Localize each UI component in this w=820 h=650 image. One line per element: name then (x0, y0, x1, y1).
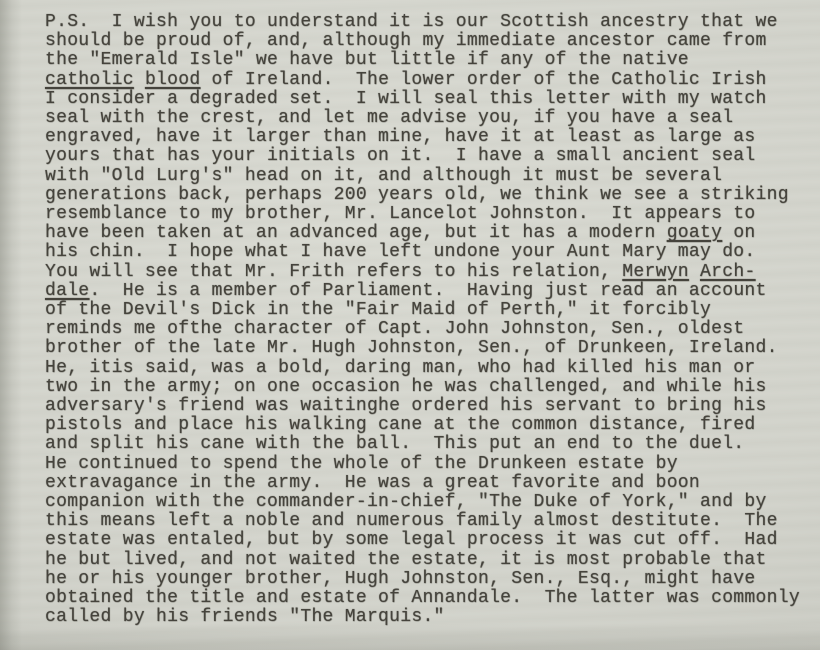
text-segment (689, 262, 700, 282)
text-line-7: engraved, have it larger than mine, have… (45, 128, 816, 147)
text-line-19: He, itis said, was a bold, daring man, w… (45, 359, 816, 378)
underlined-text: dale (45, 281, 89, 301)
text-line-24: He continued to spend the whole of the D… (45, 455, 816, 474)
text-segment: yours that has your initials on it. I ha… (45, 146, 756, 166)
text-segment: have been taken at an advanced age, but … (45, 223, 667, 243)
text-segment: resemblance to my brother, Mr. Lancelot … (45, 204, 756, 224)
text-segment: brother of the late Mr. Hugh Johnston, S… (45, 338, 778, 358)
text-line-31: obtained the title and estate of Annanda… (45, 589, 816, 608)
text-segment: of the Devil's Dick in the "Fair Maid of… (45, 300, 711, 320)
text-segment: He continued to spend the whole of the D… (45, 454, 678, 474)
text-line-26: companion with the commander-in-chief, "… (45, 493, 816, 512)
text-segment: two in the army; on one occasion he was … (45, 377, 767, 397)
text-segment: the "Emerald Isle" we have but little if… (45, 50, 689, 70)
text-segment: called by his friends "The Marquis." (45, 607, 445, 627)
text-line-30: he or his younger brother, Hugh Johnston… (45, 570, 816, 589)
text-line-5: I consider a degraded set. I will seal t… (45, 90, 816, 109)
text-segment: his chin. I hope what I have left undone… (45, 242, 756, 262)
text-segment: companion with the commander-in-chief, "… (45, 492, 767, 512)
underlined-text: catholic (45, 70, 134, 90)
text-line-22: pistols and place his walking cane at th… (45, 416, 816, 435)
text-segment: should be proud of, and, although my imm… (45, 31, 767, 51)
text-segment: obtained the title and estate of Annanda… (45, 588, 800, 608)
text-segment: adversary's friend was waitinghe ordered… (45, 396, 767, 416)
text-segment: I consider a degraded set. I will seal t… (45, 89, 767, 109)
text-line-21: adversary's friend was waitinghe ordered… (45, 397, 816, 416)
underlined-text: goaty (667, 223, 723, 243)
text-segment: on (722, 223, 755, 243)
text-line-9: with "Old Lurg's" head on it, and althou… (45, 167, 816, 186)
scan-edge-shadow-left (0, 0, 22, 650)
underlined-text: Merwyn (622, 262, 689, 282)
text-line-8: yours that has your initials on it. I ha… (45, 147, 816, 166)
text-segment: P.S. I wish you to understand it is our … (45, 12, 778, 32)
text-line-27: this means left a noble and numerous fam… (45, 512, 816, 531)
text-segment: he but lived, and not waited the estate,… (45, 550, 767, 570)
text-line-25: extravagance in the army. He was a great… (45, 474, 816, 493)
text-segment: reminds me ofthe character of Capt. John… (45, 319, 744, 339)
text-segment: he or his younger brother, Hugh Johnston… (45, 569, 756, 589)
text-segment: You will see that Mr. Frith refers to hi… (45, 262, 622, 282)
text-line-12: have been taken at an advanced age, but … (45, 224, 816, 243)
underlined-text: blood (145, 70, 201, 90)
text-line-4: catholic blood of Ireland. The lower ord… (45, 71, 816, 90)
text-segment: seal with the crest, and let me advise y… (45, 108, 733, 128)
text-line-15: dale. He is a member of Parliament. Havi… (45, 282, 816, 301)
text-line-1: P.S. I wish you to understand it is our … (45, 13, 816, 32)
text-segment: . He is a member of Parliament. Having j… (89, 281, 766, 301)
text-segment: He, itis said, was a bold, daring man, w… (45, 358, 756, 378)
text-segment: pistols and place his walking cane at th… (45, 415, 756, 435)
scan-edge-shadow-bottom (0, 624, 820, 650)
text-line-18: brother of the late Mr. Hugh Johnston, S… (45, 339, 816, 358)
scanned-letter-page: P.S. I wish you to understand it is our … (0, 0, 820, 650)
text-line-14: You will see that Mr. Frith refers to hi… (45, 263, 816, 282)
text-line-3: the "Emerald Isle" we have but little if… (45, 51, 816, 70)
text-segment: generations back, perhaps 200 years old,… (45, 185, 789, 205)
text-segment: this means left a noble and numerous fam… (45, 511, 778, 531)
text-line-11: resemblance to my brother, Mr. Lancelot … (45, 205, 816, 224)
underlined-text: Arch- (700, 262, 756, 282)
text-line-16: of the Devil's Dick in the "Fair Maid of… (45, 301, 816, 320)
text-segment: extravagance in the army. He was a great… (45, 473, 700, 493)
text-line-32: called by his friends "The Marquis." (45, 608, 816, 627)
text-line-23: and split his cane with the ball. This p… (45, 435, 816, 454)
letter-body: P.S. I wish you to understand it is our … (45, 13, 816, 628)
text-segment: estate was entaled, but by some legal pr… (45, 530, 778, 550)
text-line-2: should be proud of, and, although my imm… (45, 32, 816, 51)
text-line-20: two in the army; on one occasion he was … (45, 378, 816, 397)
text-segment: of Ireland. The lower order of the Catho… (200, 70, 766, 90)
text-line-28: estate was entaled, but by some legal pr… (45, 531, 816, 550)
text-line-10: generations back, perhaps 200 years old,… (45, 186, 816, 205)
text-segment: with "Old Lurg's" head on it, and althou… (45, 166, 722, 186)
text-line-6: seal with the crest, and let me advise y… (45, 109, 816, 128)
text-line-13: his chin. I hope what I have left undone… (45, 243, 816, 262)
text-line-29: he but lived, and not waited the estate,… (45, 551, 816, 570)
text-line-17: reminds me ofthe character of Capt. John… (45, 320, 816, 339)
text-segment: engraved, have it larger than mine, have… (45, 127, 756, 147)
text-segment (134, 70, 145, 90)
text-segment: and split his cane with the ball. This p… (45, 434, 744, 454)
